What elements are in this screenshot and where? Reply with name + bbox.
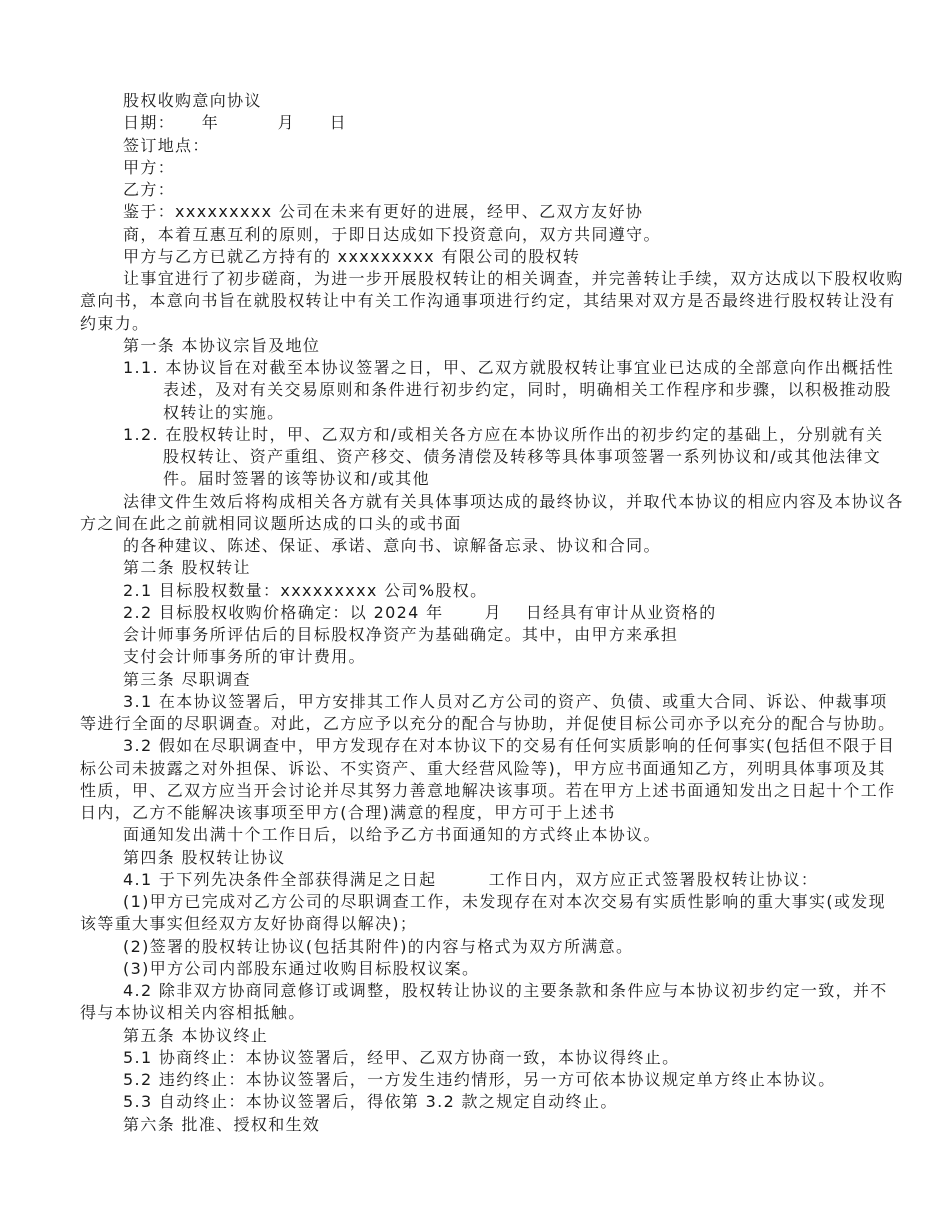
document-line: 4.2 除非双方协商同意修订或调整，股权转让协议的主要条款和条件应与本协议初步约… bbox=[80, 980, 915, 1002]
document-line: 日内，乙方不能解决该事项至甲方(合理)满意的程度，甲方可于上述书 bbox=[80, 802, 915, 824]
document-line: 第三条 尽职调查 bbox=[80, 669, 915, 691]
document-body: 股权收购意向协议日期： 年 月 日签订地点：甲方：乙方：鉴于：xxxxxxxxx… bbox=[80, 90, 915, 1136]
document-line: 甲方： bbox=[80, 157, 915, 179]
document-line: 1.1. 本协议旨在对截至本协议签署之日，甲、乙双方就股权转让事宜业已达成的全部… bbox=[80, 357, 915, 379]
document-line: 方之间在此之前就相同议题所达成的口头的或书面 bbox=[80, 513, 915, 535]
document-line: (2)签署的股权转让协议(包括其附件)的内容与格式为双方所满意。 bbox=[80, 936, 915, 958]
document-line: 1.2. 在股权转让时，甲、乙双方和/或相关各方应在本协议所作出的初步约定的基础… bbox=[80, 424, 915, 446]
document-line: 第五条 本协议终止 bbox=[80, 1025, 915, 1047]
document-title: 股权收购意向协议 bbox=[80, 90, 915, 112]
document-line: 的各种建议、陈述、保证、承诺、意向书、谅解备忘录、协议和合同。 bbox=[80, 535, 915, 557]
document-line: 支付会计师事务所的审计费用。 bbox=[80, 646, 915, 668]
document-line: 2.1 目标股权数量：xxxxxxxxx 公司%股权。 bbox=[80, 580, 915, 602]
document-line: (1)甲方已完成对乙方公司的尽职调查工作，未发现存在对本次交易有实质性影响的重大… bbox=[80, 891, 915, 913]
document-line: 乙方： bbox=[80, 179, 915, 201]
document-line: 法律文件生效后将构成相关各方就有关具体事项达成的最终协议，并取代本协议的相应内容… bbox=[80, 491, 915, 513]
document-line: 标公司未披露之对外担保、诉讼、不实资产、重大经营风险等)，甲方应书面通知乙方，列… bbox=[80, 758, 915, 780]
document-line: 权转让的实施。 bbox=[80, 402, 915, 424]
document-line: 该等重大事实但经双方友好协商得以解决)； bbox=[80, 913, 915, 935]
document-line: 3.2 假如在尽职调查中，甲方发现存在对本协议下的交易有任何实质影响的任何事实(… bbox=[80, 735, 915, 757]
document-line: (3)甲方公司内部股东通过收购目标股权议案。 bbox=[80, 958, 915, 980]
document-page: 股权收购意向协议日期： 年 月 日签订地点：甲方：乙方：鉴于：xxxxxxxxx… bbox=[0, 0, 950, 1230]
document-line: 商，本着互惠互利的原则，于即日达成如下投资意向，双方共同遵守。 bbox=[80, 224, 915, 246]
document-line: 让事宜进行了初步磋商，为进一步开展股权转让的相关调查，并完善转让手续，双方达成以… bbox=[80, 268, 915, 290]
document-line: 等进行全面的尽职调查。对此，乙方应予以充分的配合与协助，并促使目标公司亦予以充分… bbox=[80, 713, 915, 735]
document-line: 5.2 违约终止：本协议签署后，一方发生违约情形，另一方可依本协议规定单方终止本… bbox=[80, 1069, 915, 1091]
document-line: 件。届时签署的该等协议和/或其他 bbox=[80, 468, 915, 490]
document-line: 第二条 股权转让 bbox=[80, 557, 915, 579]
document-line: 会计师事务所评估后的目标股权净资产为基础确定。其中，由甲方来承担 bbox=[80, 624, 915, 646]
document-line: 第六条 批准、授权和生效 bbox=[80, 1114, 915, 1136]
document-line: 4.1 于下列先决条件全部获得满足之日起 工作日内，双方应正式签署股权转让协议： bbox=[80, 869, 915, 891]
document-line: 股权转让、资产重组、资产移交、债务清偿及转移等具体事项签署一系列协议和/或其他法… bbox=[80, 446, 915, 468]
document-line: 签订地点： bbox=[80, 135, 915, 157]
document-line: 得与本协议相关内容相抵触。 bbox=[80, 1002, 915, 1024]
document-line: 第一条 本协议宗旨及地位 bbox=[80, 335, 915, 357]
document-line: 性质，甲、乙双方应当开会讨论并尽其努力善意地解决该事项。若在甲方上述书面通知发出… bbox=[80, 780, 915, 802]
document-line: 第四条 股权转让协议 bbox=[80, 847, 915, 869]
document-line: 鉴于：xxxxxxxxx 公司在未来有更好的进展，经甲、乙双方友好协 bbox=[80, 201, 915, 223]
document-line: 5.1 协商终止：本协议签署后，经甲、乙双方协商一致，本协议得终止。 bbox=[80, 1047, 915, 1069]
document-line: 5.3 自动终止：本协议签署后，得依第 3.2 款之规定自动终止。 bbox=[80, 1091, 915, 1113]
document-line: 约束力。 bbox=[80, 313, 915, 335]
document-line: 3.1 在本协议签署后，甲方安排其工作人员对乙方公司的资产、负债、或重大合同、诉… bbox=[80, 691, 915, 713]
document-line: 意向书，本意向书旨在就股权转让中有关工作沟通事项进行约定，其结果对双方是否最终进… bbox=[80, 290, 915, 312]
document-line: 表述，及对有关交易原则和条件进行初步约定，同时，明确相关工作程序和步骤，以积极推… bbox=[80, 379, 915, 401]
document-line: 日期： 年 月 日 bbox=[80, 112, 915, 134]
document-line: 面通知发出满十个工作日后，以给予乙方书面通知的方式终止本协议。 bbox=[80, 824, 915, 846]
document-line: 甲方与乙方已就乙方持有的 xxxxxxxxx 有限公司的股权转 bbox=[80, 246, 915, 268]
document-line: 2.2 目标股权收购价格确定：以 2024 年 月 日经具有审计从业资格的 bbox=[80, 602, 915, 624]
